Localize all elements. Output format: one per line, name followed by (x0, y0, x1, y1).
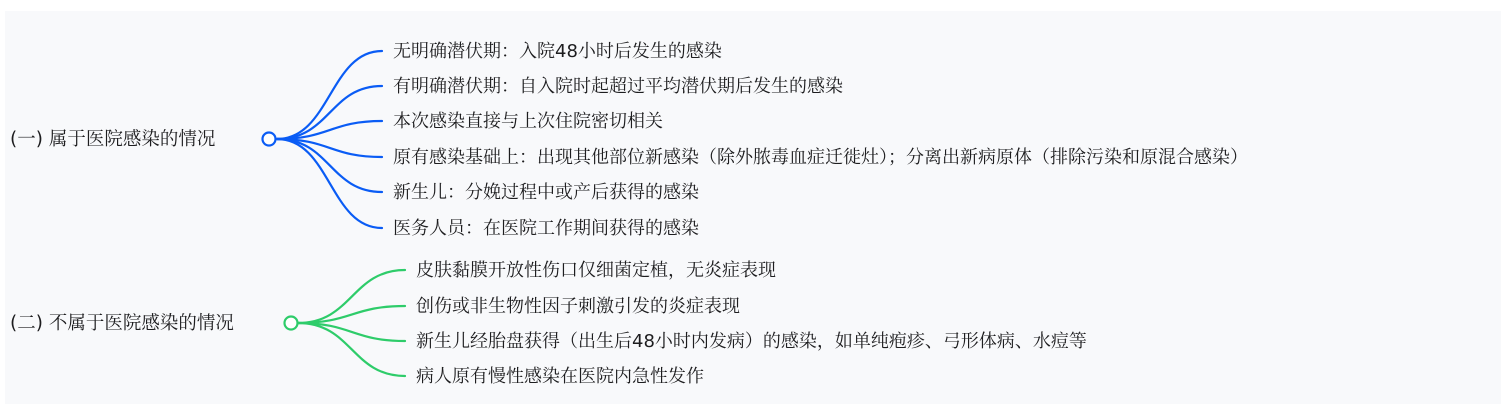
child-node[interactable]: 本次感染直接与上次住院密切相关 (393, 110, 663, 134)
root-node-group-2[interactable]: (二) 不属于医院感染的情况 (10, 312, 234, 336)
child-node[interactable]: 无明确潜伏期：入院48小时后发生的感染 (393, 40, 722, 64)
collapse-toggle-group-2 (285, 317, 298, 330)
child-node[interactable]: 新生儿经胎盘获得（出生后48小时内发病）的感染，如单纯疱疹、弓形体病、水痘等 (416, 330, 1087, 354)
child-node[interactable]: 新生儿：分娩过程中或产后获得的感染 (393, 181, 699, 205)
branch-connectors-group-2 (298, 270, 405, 376)
child-node[interactable]: 医务人员：在医院工作期间获得的感染 (393, 217, 699, 241)
branch-connectors-group-1 (277, 51, 382, 228)
child-node[interactable]: 创伤或非生物性因子刺激引发的炎症表现 (416, 295, 740, 319)
child-node[interactable]: 病人原有慢性感染在医院内急性发作 (416, 365, 704, 389)
child-node[interactable]: 有明确潜伏期：自入院时起超过平均潜伏期后发生的感染 (393, 75, 843, 99)
mindmap-connectors (0, 0, 1501, 417)
child-node[interactable]: 原有感染基础上：出现其他部位新感染（除外脓毒血症迁徙灶）；分离出新病原体（排除污… (393, 146, 1248, 170)
collapse-toggle-group-1 (263, 133, 276, 146)
root-node-group-1[interactable]: (一) 属于医院感染的情况 (10, 128, 215, 152)
child-node[interactable]: 皮肤黏膜开放性伤口仅细菌定植，无炎症表现 (416, 259, 776, 283)
